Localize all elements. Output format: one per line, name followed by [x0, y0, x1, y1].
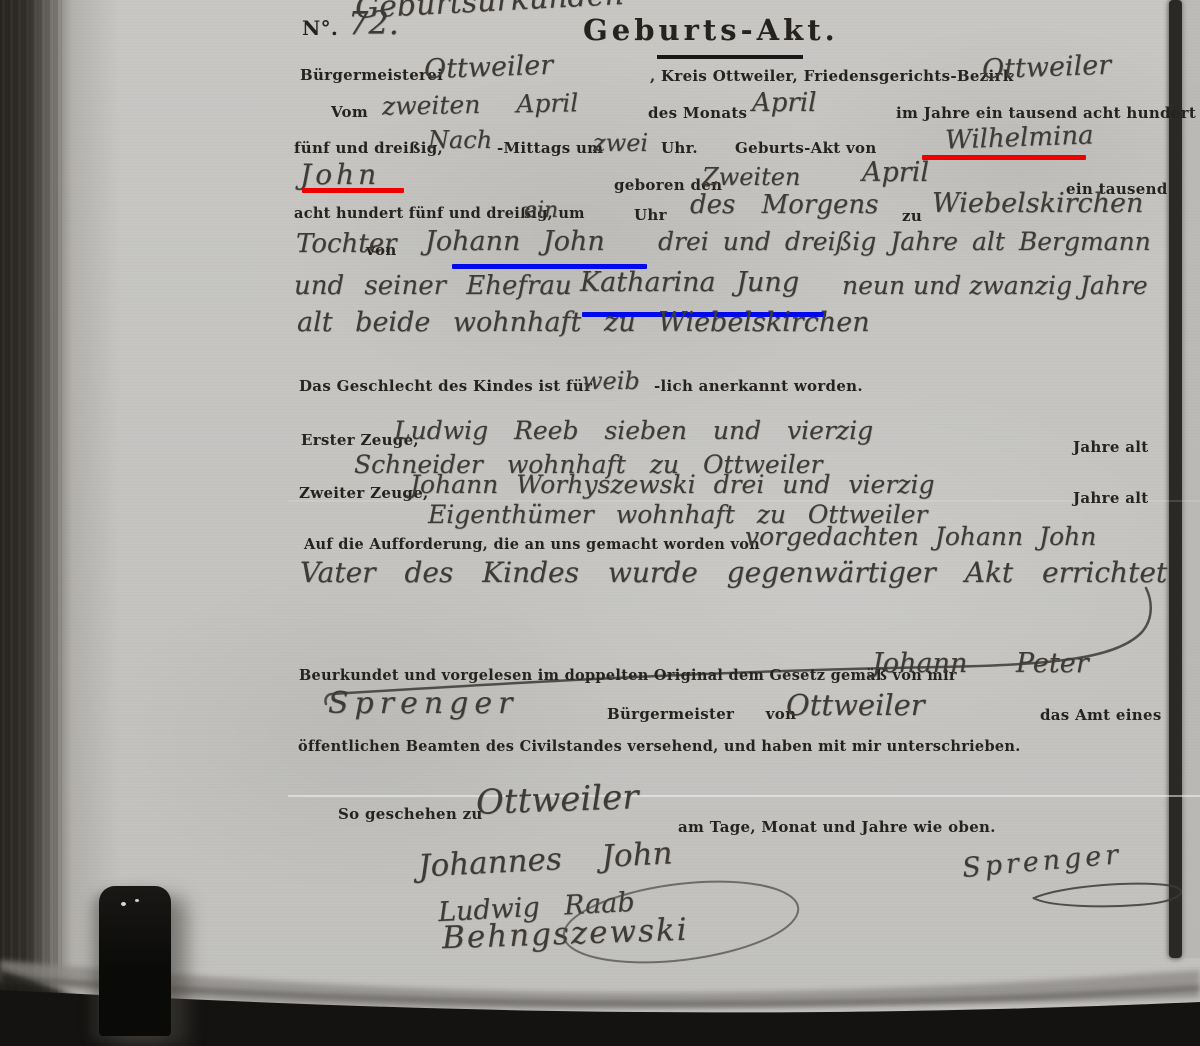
- printed-geschlecht-2: -lich anerkannt worden.: [654, 377, 863, 395]
- handwritten-des-morgens: des Morgens: [690, 190, 878, 220]
- handwritten-birth-month: April: [862, 157, 929, 188]
- printed-geschlecht-1: Das Geschlecht des Kindes ist für: [299, 377, 592, 395]
- handwritten-closing-place: Ottweiler: [475, 777, 639, 823]
- printed-des-monats: des Monats: [648, 104, 747, 122]
- book-spine-texture: [0, 0, 62, 1046]
- handwritten-witness2-name-age: Johann Worhyszewski drei und vierzig: [410, 470, 934, 499]
- handwritten-father-name: Johann John: [425, 226, 605, 257]
- printed-im-jahre: im Jahre ein tausend acht hundert: [896, 104, 1196, 122]
- scanned-birth-record-page: Geburtsurkunden N°. 72. Geburts-Akt. Bür…: [0, 0, 1200, 1046]
- handwritten-mayoralty-place: Ottweiler: [423, 50, 553, 85]
- page-bottom-edge: [0, 930, 1200, 1046]
- handwritten-gender: weib: [582, 367, 640, 395]
- printed-geburtsakt-von: Geburts-Akt von: [735, 139, 877, 157]
- printed-kreis-bezirk: , Kreis Ottweiler, Friedensgerichts-Bezi…: [650, 67, 1013, 85]
- handwritten-und-seiner-ehefrau: und seiner Ehefrau: [294, 271, 572, 301]
- handwritten-residence: alt beide wohnhaft zu Wiebelskirchen: [297, 307, 870, 338]
- printed-buergermeisterei: Bürgermeisterei: [300, 66, 443, 84]
- handwritten-witness1-name-age: Ludwig Reeb sieben und vierzig: [394, 416, 873, 445]
- printed-uhr-2: Uhr: [634, 206, 667, 224]
- printed-oeffentlichen: öffentlichen Beamten des Civilstandes ve…: [298, 738, 1021, 755]
- record-number-label: N°.: [302, 16, 338, 40]
- handwritten-birthplace: Wiebelskirchen: [932, 188, 1143, 219]
- record-number-value: 72.: [348, 4, 399, 42]
- handwritten-child-surname: John: [300, 158, 380, 191]
- printed-jahre-alt-1: Jahre alt: [1073, 438, 1148, 456]
- handwritten-record-day: zweiten April: [382, 88, 579, 120]
- printed-zu: zu: [902, 207, 922, 225]
- page-right-edge-line: [1169, 0, 1182, 958]
- handwritten-mother-name: Katharina Jung: [580, 267, 799, 298]
- printed-aufforderung: Auf die Aufforderung, die an uns gemacht…: [304, 536, 760, 553]
- handwritten-official-place: Ottweiler: [786, 688, 925, 722]
- handwritten-mother-age: neun und zwanzig Jahre: [842, 271, 1148, 300]
- handwritten-child-firstname: Wilhelmina: [945, 120, 1095, 155]
- printed-uhr: Uhr.: [661, 139, 698, 157]
- handwritten-declarant: vorgedachten Johann John: [745, 522, 1096, 551]
- handwritten-official-firstname: Johann Peter: [872, 648, 1089, 679]
- printed-jahre-alt-2: Jahre alt: [1073, 489, 1148, 507]
- title-underline: [657, 55, 803, 59]
- handwritten-official-surname: Sprenger: [328, 686, 518, 721]
- binder-clip-artifact: [99, 886, 171, 1036]
- handwritten-district-place: Ottweiler: [981, 50, 1111, 85]
- printed-year-thirtyfive: fünf und dreißig,: [294, 139, 443, 157]
- handwritten-hour: zwei: [593, 129, 648, 157]
- printed-beurkundet: Beurkundet und vorgelesen im doppelten O…: [299, 667, 957, 684]
- handwritten-birth-day: Zweiten: [702, 163, 800, 191]
- signature-sprenger-flourish: [1030, 876, 1195, 914]
- handwritten-birth-hour: ein: [524, 198, 558, 223]
- handwritten-record-month: April: [752, 88, 816, 118]
- page-title: Geburts-Akt.: [583, 13, 839, 47]
- printed-mittags-um: -Mittags um: [497, 139, 603, 157]
- red-underline-john: [302, 188, 404, 193]
- red-underline-wilhelmina: [922, 155, 1086, 160]
- printed-am-tage: am Tage, Monat und Jahre wie oben.: [678, 818, 996, 836]
- printed-das-amt: das Amt eines: [1040, 706, 1162, 724]
- page-right-margin: [1182, 0, 1200, 958]
- handwritten-nach: Nach: [428, 126, 492, 154]
- printed-buergermeister-von: Bürgermeister von: [607, 705, 796, 723]
- scan-scratch-line: [288, 795, 1200, 797]
- handwritten-father-age-occupation: drei und dreißig Jahre alt Bergmann: [658, 227, 1151, 256]
- printed-vom: Vom: [331, 103, 368, 121]
- printed-von: von: [366, 241, 397, 259]
- printed-so-geschehen: So geschehen zu: [338, 805, 483, 823]
